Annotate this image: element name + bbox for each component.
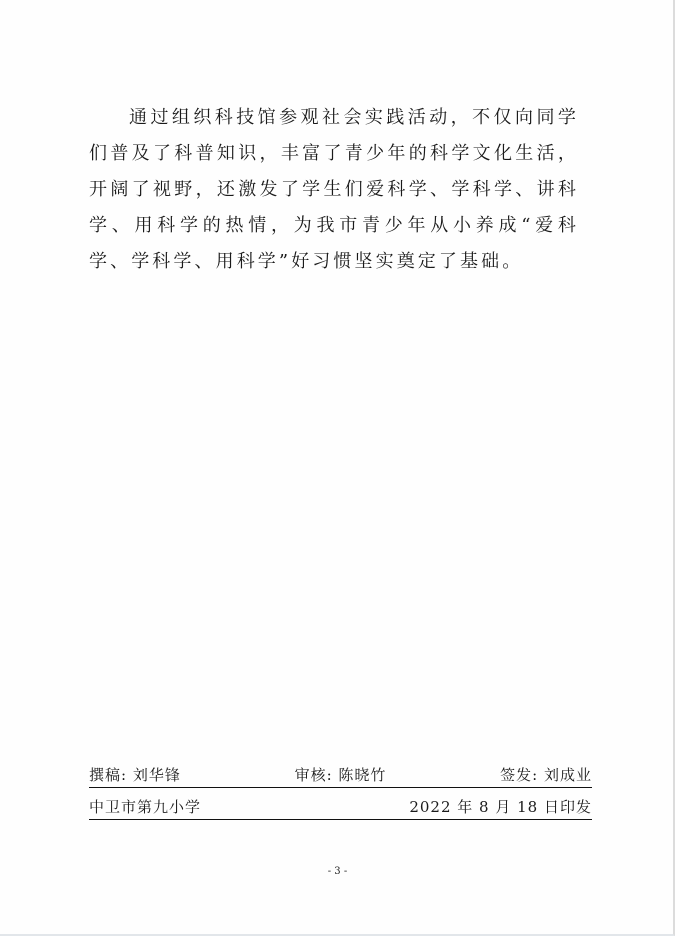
reviewed-by: 审核: 陈晓竹 (295, 764, 387, 786)
document-footer: 撰稿: 刘华锋 审核: 陈晓竹 签发: 刘成业 中卫市第九小学 2022 年 8… (89, 764, 592, 828)
issued-by: 签发: 刘成业 (500, 764, 592, 786)
footer-divider-bottom (89, 819, 592, 820)
drafted-by: 撰稿: 刘华锋 (89, 764, 181, 786)
issuing-organization: 中卫市第九小学 (89, 796, 201, 818)
document-page: 通过组织科技馆参观社会实践活动，不仅向同学们普及了科普知识，丰富了青少年的科学文… (0, 0, 675, 936)
footer-divider-top (89, 787, 592, 788)
page-number: - 3 - (0, 866, 675, 877)
body-paragraph: 通过组织科技馆参观社会实践活动，不仅向同学们普及了科普知识，丰富了青少年的科学文… (89, 100, 579, 280)
issuer-row: 中卫市第九小学 2022 年 8 月 18 日印发 (89, 796, 592, 818)
issue-date: 2022 年 8 月 18 日印发 (409, 796, 592, 818)
credits-row: 撰稿: 刘华锋 审核: 陈晓竹 签发: 刘成业 (89, 764, 592, 786)
